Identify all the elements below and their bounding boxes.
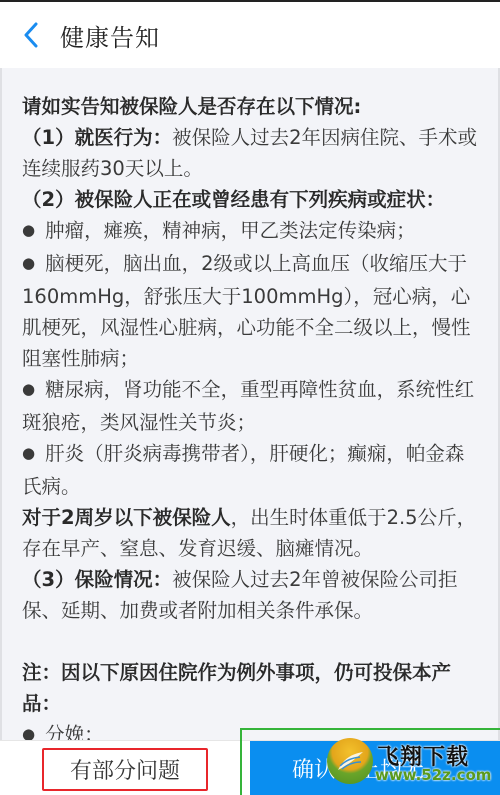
spacer xyxy=(22,626,482,657)
health-notice-content[interactable]: 请如实告知被保险人是否存在以下情况: （1）就医行为：被保险人过去2年因病住院、… xyxy=(0,68,500,740)
watermark-url: www.52z.com xyxy=(375,766,491,784)
watermark-logo-icon xyxy=(327,738,373,784)
section-2-bullet: 脑梗死，脑出血，2级或以上高血压（收缩压大于160mmHg，舒张压大于100mm… xyxy=(22,248,482,374)
section-3: （3）保险情况：被保险人过去2年曾被保险公司拒保、延期、加费或者附加相关条件承保… xyxy=(22,564,482,626)
partial-issues-button[interactable]: 有部分问题 xyxy=(42,748,208,791)
leaf-icon xyxy=(336,750,364,772)
section-1: （1）就医行为：被保险人过去2年因病住院、手术或连续服药30天以上。 xyxy=(22,122,482,184)
header-bar: 健康告知 xyxy=(0,2,500,68)
watermark: 飞翔下载 www.52z.com xyxy=(327,738,497,790)
section-3-label: （3）保险情况： xyxy=(22,568,172,591)
back-button[interactable] xyxy=(0,2,60,68)
section-2-bullet: 糖尿病，肾功能不全，重型再障性贫血，系统性红斑狼疮，类风湿性关节炎； xyxy=(22,374,482,438)
section-1-label: （1）就医行为： xyxy=(22,126,172,149)
page-title: 健康告知 xyxy=(60,18,160,53)
section-2-bullet: 肝炎（肝炎病毒携带者），肝硬化；癫痫，帕金森氏病。 xyxy=(22,438,482,502)
chevron-left-icon xyxy=(22,22,40,48)
intro-text: 请如实告知被保险人是否存在以下情况: xyxy=(22,91,482,122)
section-2-label: （2）被保险人正在或曾经患有下列疾病或症状： xyxy=(22,184,482,215)
note-label: 注：因以下原因住院作为例外事项，仍可投保本产品： xyxy=(22,657,482,719)
infant-clause: 对于2周岁以下被保险人，出生时体重低于2.5公斤，存在早产、窒息、发育迟缓、脑瘫… xyxy=(22,502,482,564)
infant-label: 对于2周岁以下被保险人 xyxy=(22,506,231,529)
section-2-bullet: 肿瘤，瘫痪，精神病，甲乙类法定传染病； xyxy=(22,215,482,248)
